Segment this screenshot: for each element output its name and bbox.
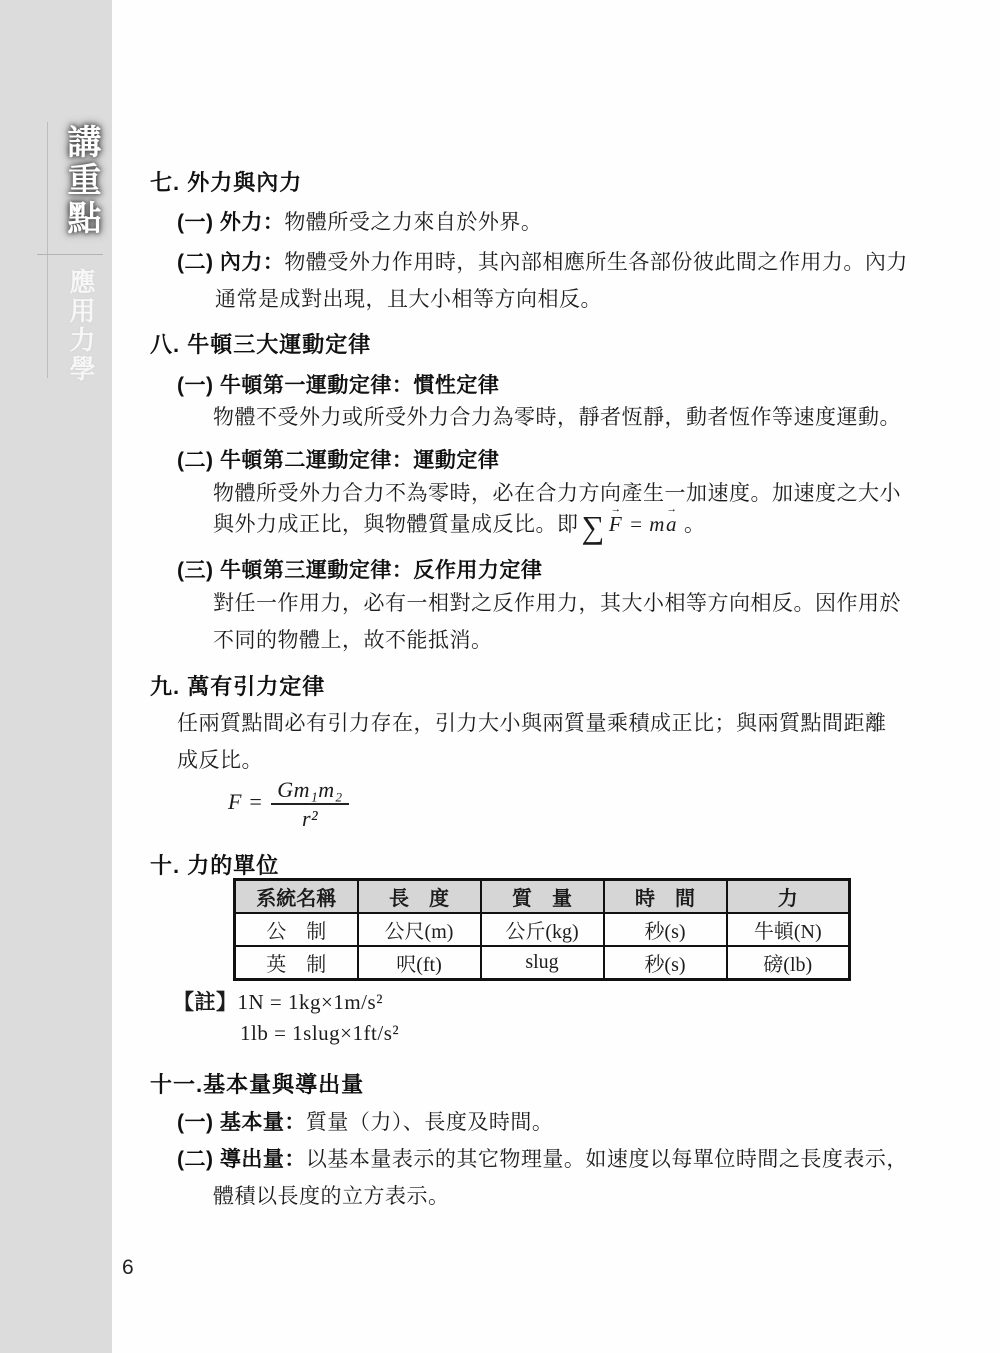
- equals-m: = m: [629, 512, 665, 536]
- section-7-item-2: (二) 內力：物體受外力作用時，其內部相應所生各部份彼此間之作用力。內力: [177, 246, 908, 276]
- newton-second-law-formula: ∑F = ma: [579, 512, 678, 536]
- fraction-denominator: r²: [271, 805, 348, 830]
- summation-symbol: ∑: [579, 509, 608, 545]
- item-text: 質量（力）、長度及時間。: [306, 1110, 554, 1134]
- table-cell: 呎(ft): [358, 946, 481, 980]
- section-11-item-2-cont: 體積以長度的立方表示。: [213, 1180, 450, 1210]
- table-row-imperial: 英 制 呎(ft) slug 秒(s) 磅(lb): [235, 946, 850, 980]
- textbook-page: 講重點 應用力學 七. 外力與內力 (一) 外力：物體所受之力來自於外界。 (二…: [0, 0, 1000, 1353]
- section-8-item-1: (一) 牛頓第一運動定律：慣性定律: [177, 369, 499, 399]
- table-header-cell: 力: [727, 880, 850, 914]
- section-7-item-2-cont: 通常是成對出現，且大小相等方向相反。: [215, 283, 602, 313]
- table-note-2: 1lb = 1slug×1ft/s²: [240, 1021, 399, 1046]
- item-label: (一) 外力：: [177, 211, 284, 234]
- force-vector: F: [609, 512, 622, 537]
- table-header-cell: 時 間: [604, 880, 727, 914]
- table-cell: 磅(lb): [727, 946, 850, 980]
- item-text: 以基本量表示的其它物理量。如速度以每單位時間之長度表示，: [306, 1147, 908, 1171]
- table-header-cell: 長 度: [358, 880, 481, 914]
- section-10-heading: 十. 力的單位: [150, 849, 279, 880]
- note-label: 【註】: [173, 990, 238, 1014]
- table-note-1: 【註】1N = 1kg×1m/s²: [173, 986, 383, 1016]
- table-cell: 牛頓(N): [727, 913, 850, 946]
- table-cell: 公 制: [235, 913, 358, 946]
- section-8-item-3: (三) 牛頓第三運動定律：反作用力定律: [177, 554, 542, 584]
- section-8-item-3-body-cont: 不同的物體上，故不能抵消。: [213, 624, 493, 654]
- page-number: 6: [122, 1256, 134, 1280]
- table-row-metric: 公 制 公尺(m) 公斤(kg) 秒(s) 牛頓(N): [235, 913, 850, 946]
- units-table-header-row: 系統名稱 長 度 質 量 時 間 力: [235, 880, 850, 914]
- fraction-numerator: Gm₁m₂: [271, 778, 348, 805]
- table-cell: 公斤(kg): [481, 913, 604, 946]
- table-header-cell: 質 量: [481, 880, 604, 914]
- section-8-item-1-body: 物體不受外力或所受外力合力為零時，靜者恆靜，動者恆作等速度運動。: [213, 401, 901, 431]
- section-11-heading: 十一.基本量與導出量: [150, 1068, 364, 1099]
- table-cell: 秒(s): [604, 946, 727, 980]
- section-8-item-2-body: 物體所受外力合力不為零時，必在合力方向產生一加速度。加速度之大小: [213, 477, 901, 507]
- sidebar-subject-title: 應用力學: [62, 268, 99, 384]
- section-8-heading: 八. 牛頓三大運動定律: [150, 328, 371, 359]
- formula-fraction: Gm₁m₂r²: [271, 778, 348, 830]
- note-formula-newton: 1N = 1kg×1m/s²: [238, 990, 384, 1014]
- item-label: (一) 基本量：: [177, 1111, 306, 1134]
- sidebar-badge-title: 講重點: [56, 124, 105, 238]
- section-7-heading: 七. 外力與內力: [150, 166, 302, 197]
- units-table: 系統名稱 長 度 質 量 時 間 力 公 制 公尺(m) 公斤(kg) 秒(s)…: [233, 878, 851, 981]
- sentence-end: 。: [684, 512, 706, 536]
- section-8-item-2-body-cont: 與外力成正比，與物體質量成反比。即∑F = ma。: [213, 508, 705, 546]
- section-9-heading: 九. 萬有引力定律: [150, 670, 325, 701]
- sidebar: 講重點 應用力學: [0, 0, 112, 1353]
- table-cell: slug: [481, 946, 604, 980]
- section-9-body-1: 任兩質點間必有引力存在，引力大小與兩質量乘積成正比；與兩質點間距離: [177, 707, 887, 737]
- table-cell: 秒(s): [604, 913, 727, 946]
- table-cell: 英 制: [235, 946, 358, 980]
- section-9-body-2: 成反比。: [177, 744, 263, 774]
- item-text: 物體所受之力來自於外界。: [284, 210, 542, 234]
- section-7-item-1: (一) 外力：物體所受之力來自於外界。: [177, 206, 542, 236]
- body-text: 與外力成正比，與物體質量成反比。即: [213, 512, 579, 536]
- item-label: (二) 內力：: [177, 251, 284, 274]
- sidebar-horizontal-rule: [37, 254, 103, 255]
- acceleration-vector: a: [666, 512, 677, 537]
- sidebar-vertical-rule: [47, 122, 48, 378]
- gravitation-formula: F =Gm₁m₂r²: [228, 778, 349, 830]
- item-text: 物體受外力作用時，其內部相應所生各部份彼此間之作用力。內力: [284, 250, 908, 274]
- table-header-cell: 系統名稱: [235, 880, 358, 914]
- formula-lhs: F =: [228, 789, 263, 814]
- section-8-item-2: (二) 牛頓第二運動定律：運動定律: [177, 444, 499, 474]
- section-8-item-3-body: 對任一作用力，必有一相對之反作用力，其大小相等方向相反。因作用於: [213, 587, 901, 617]
- section-11-item-2: (二) 導出量：以基本量表示的其它物理量。如速度以每單位時間之長度表示，: [177, 1143, 908, 1173]
- section-11-item-1: (一) 基本量：質量（力）、長度及時間。: [177, 1106, 553, 1136]
- item-label: (二) 導出量：: [177, 1148, 306, 1171]
- table-cell: 公尺(m): [358, 913, 481, 946]
